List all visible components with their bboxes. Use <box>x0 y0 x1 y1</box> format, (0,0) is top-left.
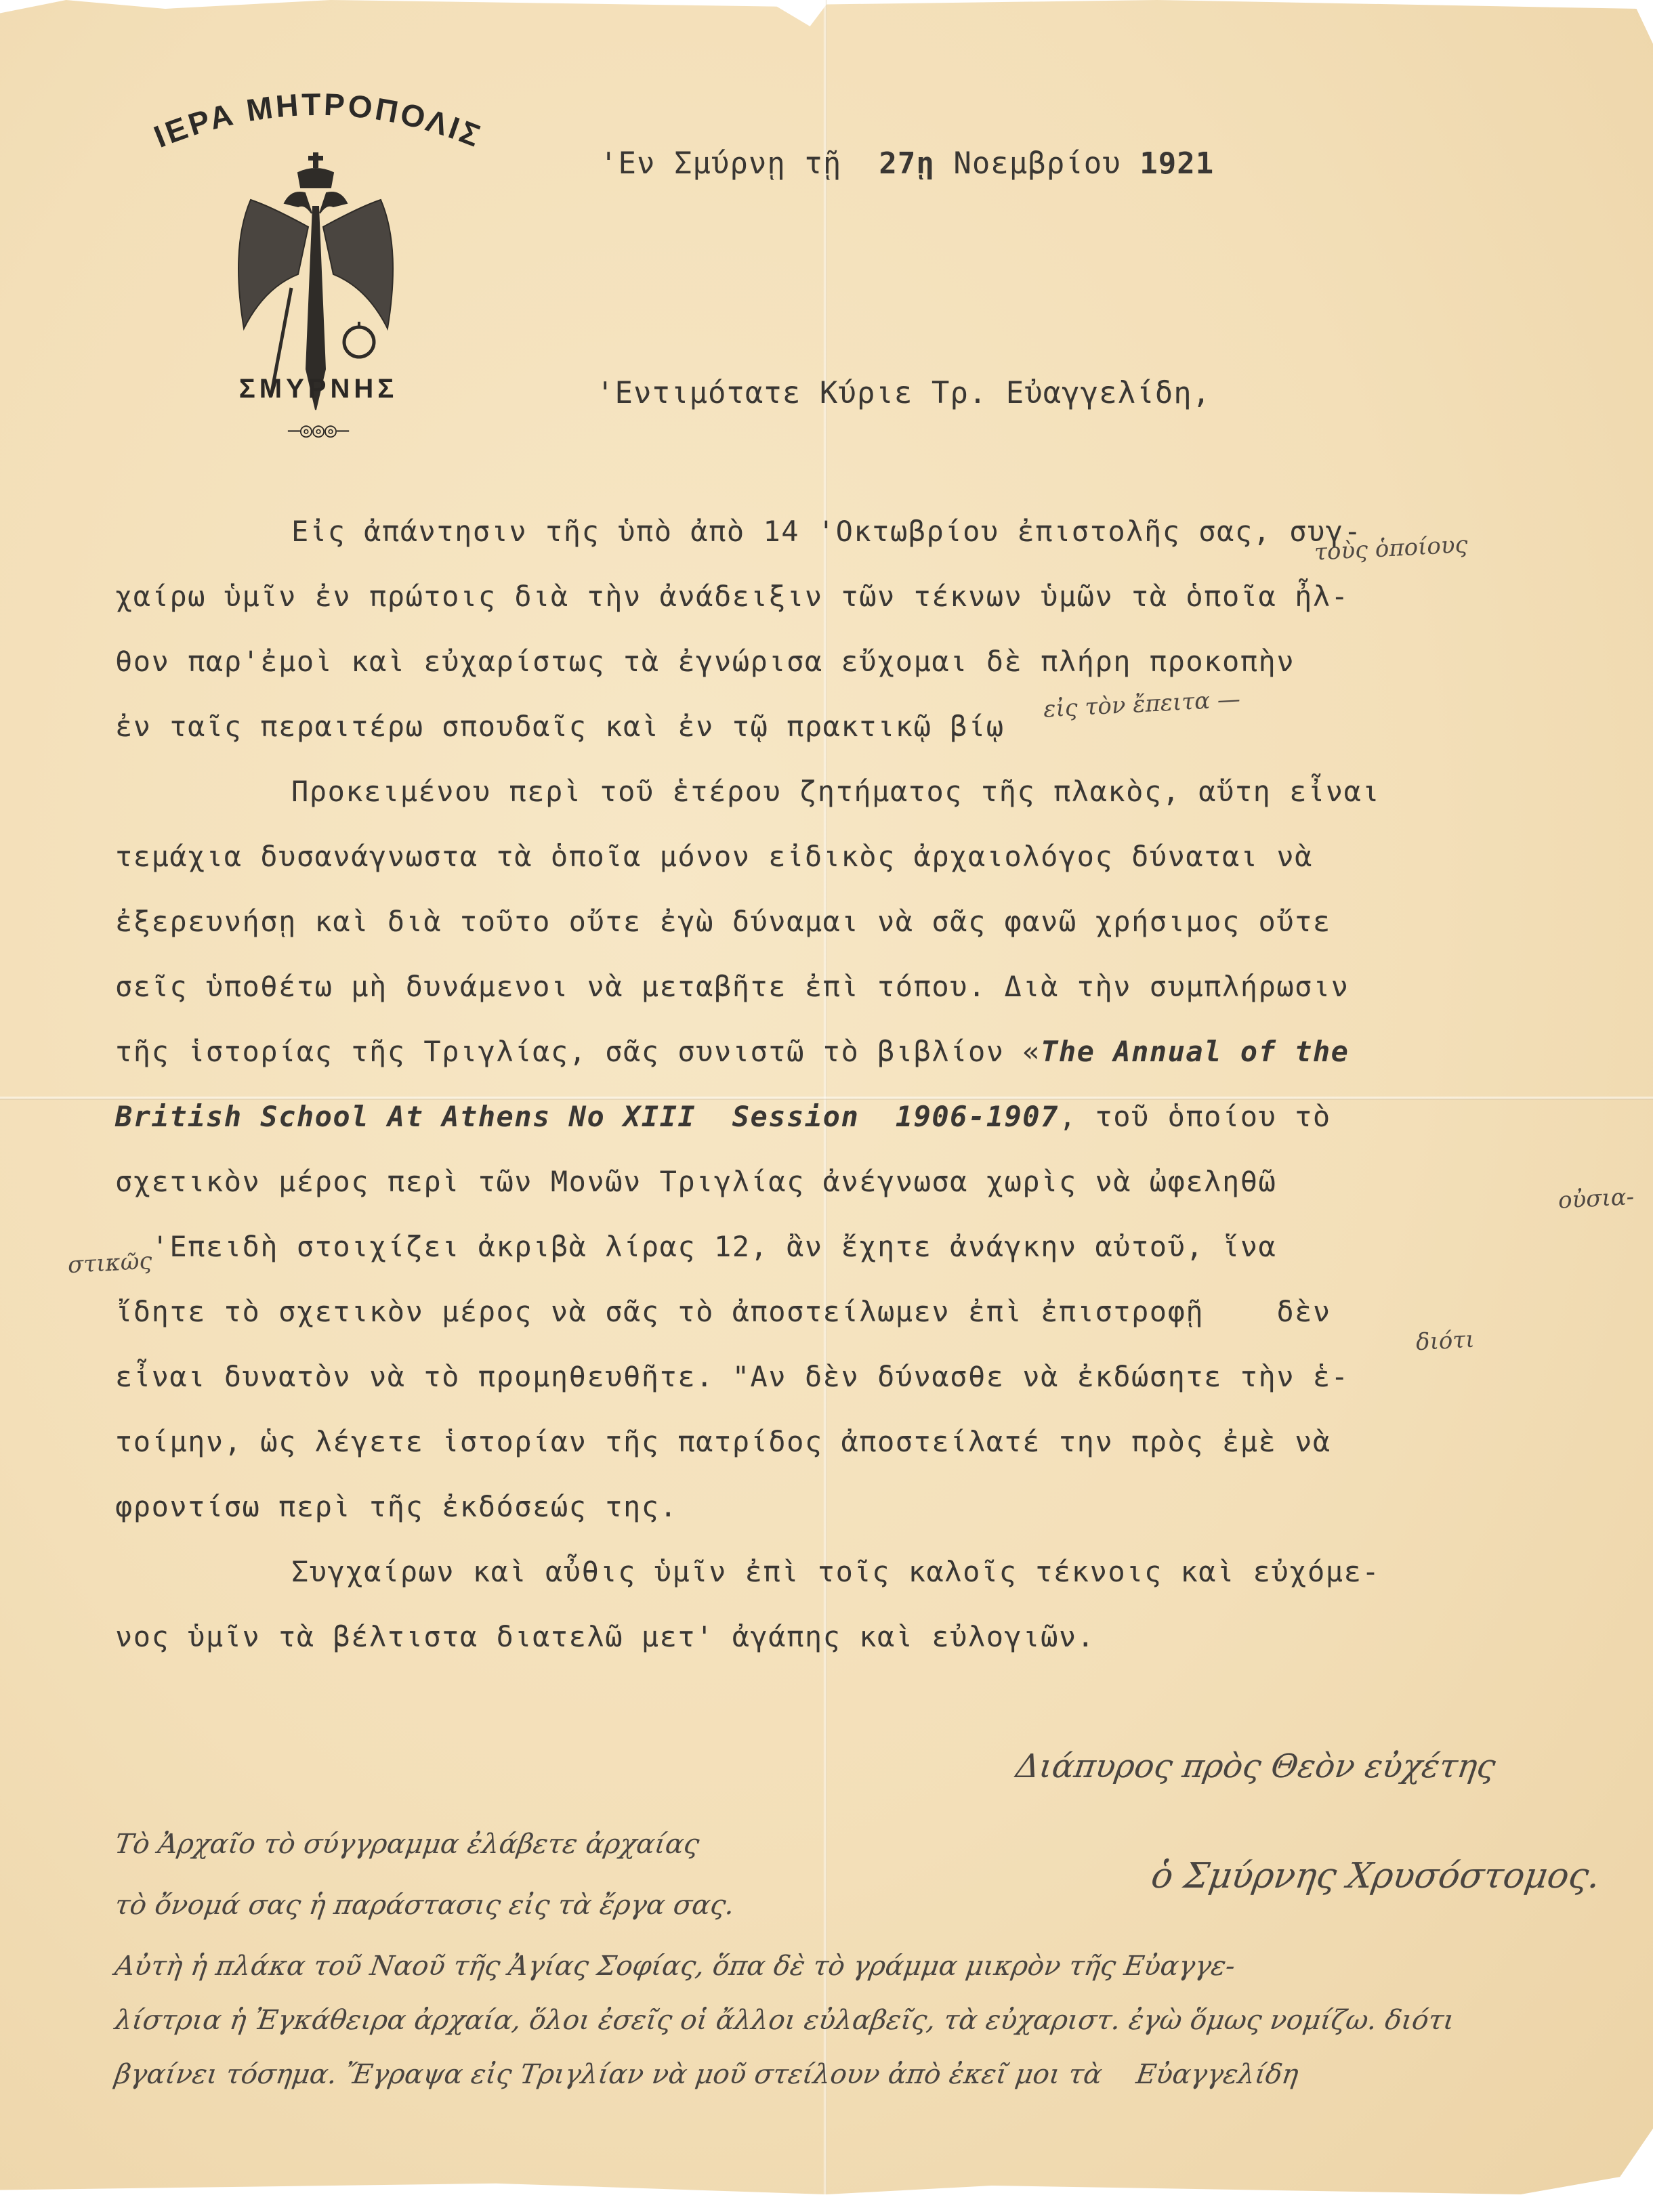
body-line-text: σεῖς ὑποθέτω μὴ δυνάμενοι νὰ μεταβῆτε ἐπ… <box>115 970 1349 1003</box>
dateline-year: 1921 <box>1139 146 1214 181</box>
ornament-divider: —◎◎◎— <box>129 419 508 442</box>
salutation: 'Εντιμότατε Κύριε Τρ. Εὐαγγελίδη, <box>596 376 1211 410</box>
body-line-text: θον παρ'ἐμοὶ καὶ εὐχαρίστως τὰ ἐγνώρισα … <box>115 645 1295 678</box>
body-line: τεμάχια δυσανάγνωστα τὰ ὁποῖα μόνον εἰδι… <box>115 840 1313 873</box>
body-line-text: ἴδητε τὸ σχετικὸν μέρος νὰ σᾶς τὸ ἀποστε… <box>115 1295 1331 1328</box>
body-line-text: ἐξερευνήσῃ καὶ διὰ τοῦτο οὔτε ἐγὼ δύναμα… <box>115 905 1331 938</box>
postscript-line: τὸ ὄνομά σας ἡ παράστασις εἰς τὰ ἔργα σα… <box>113 1890 736 1921</box>
body-line: σχετικὸν μέρος περὶ τῶν Μονῶν Τριγλίας ἀ… <box>115 1165 1276 1198</box>
body-line: Συγχαίρων καὶ αὖθις ὑμῖν ἐπὶ τοῖς καλοῖς… <box>291 1555 1380 1588</box>
letterhead-title: ΙΕΡΑ ΜΗΤΡΟΠΟΛΙΣ <box>149 87 488 154</box>
body-line: φροντίσω περὶ τῆς ἐκδόσεώς της. <box>115 1490 677 1523</box>
body-line-text: , τοῦ ὁποίου τὸ <box>1059 1100 1331 1133</box>
letterhead-city: ΣΜΥΡΝΗΣ <box>129 374 508 404</box>
body-line: ἐν ταῖς περαιτέρω σπουδαῖς καὶ ἐν τῷ πρα… <box>115 710 1005 743</box>
body-line-text: τῆς ἱστορίας τῆς Τριγλίας, σᾶς συνιστῶ τ… <box>115 1035 1041 1068</box>
postscript-line: Αὐτὴ ἡ πλάκα τοῦ Ναοῦ τῆς Ἀγίας Σοφίας, … <box>113 1951 1237 1982</box>
handwritten-annotation: διότι <box>1415 1326 1475 1356</box>
body-line-text: σχετικὸν μέρος περὶ τῶν Μονῶν Τριγλίας ἀ… <box>115 1165 1276 1198</box>
dateline-day: 27ῃ <box>879 146 934 181</box>
body-line: θον παρ'ἐμοὶ καὶ εὐχαρίστως τὰ ἐγνώρισα … <box>115 645 1295 678</box>
body-line-text: Εἰς ἀπάντησιν τῆς ὑπὸ ἀπὸ 14 'Οκτωβρίου … <box>291 515 1362 548</box>
dateline-month: Νοεμβρίου <box>953 146 1121 181</box>
postscript-line: Τὸ Ἀρχαῖο τὸ σύγγραμμα ἐλάβετε ἀρχαίας <box>113 1829 701 1860</box>
closing-line: Διάπυρος πρὸς Θεὸν εὐχέτης <box>1013 1747 1498 1785</box>
body-line-text: φροντίσω περὶ τῆς ἐκδόσεώς της. <box>115 1490 677 1523</box>
letterhead: ΙΕΡΑ ΜΗΤΡΟΠΟΛΙΣ ΣΜΥΡΝΗΣ —◎◎◎— <box>129 61 508 467</box>
body-line-text: Συγχαίρων καὶ αὖθις ὑμῖν ἐπὶ τοῖς καλοῖς… <box>291 1555 1380 1588</box>
body-line-text: νος ὑμῖν τὰ βέλτιστα διατελῶ μετ' ἀγάπης… <box>115 1620 1095 1653</box>
body-line: νος ὑμῖν τὰ βέλτιστα διατελῶ μετ' ἀγάπης… <box>115 1620 1095 1653</box>
book-title: The Annual of the <box>1041 1035 1349 1068</box>
body-line: Εἰς ἀπάντησιν τῆς ὑπὸ ἀπὸ 14 'Οκτωβρίου … <box>291 515 1362 548</box>
dateline: 'Εν Σμύρνῃ τῇ 27ῃ Νοεμβρίου 1921 <box>562 112 1214 181</box>
handwritten-annotation: οὐσια- <box>1557 1183 1635 1214</box>
body-line-text: Προκειμένου περὶ τοῦ ἑτέρου ζητήματος τῆ… <box>291 775 1380 808</box>
body-line-text: ἐν ταῖς περαιτέρω σπουδαῖς καὶ ἐν τῷ πρα… <box>115 710 1005 743</box>
body-line: ἐξερευνήσῃ καὶ διὰ τοῦτο οὔτε ἐγὼ δύναμα… <box>115 905 1331 938</box>
postscript-line: λίστρια ἡ Ἐγκάθειρα ἀρχαία, ὅλοι ἐσεῖς ο… <box>113 2005 1457 2036</box>
body-line-text: χαίρω ὑμῖν ἐν πρώτοις διὰ τὴν ἀνάδειξιν … <box>115 580 1349 613</box>
body-line-text: 'Επειδὴ στοιχίζει ἀκριβὰ λίρας 12, ἂν ἔχ… <box>115 1230 1276 1263</box>
body-line: τοίμην, ὡς λέγετε ἱστορίαν τῆς πατρίδος … <box>115 1425 1331 1458</box>
letterhead-title-arc: ΙΕΡΑ ΜΗΤΡΟΠΟΛΙΣ <box>129 61 508 163</box>
body-line: Προκειμένου περὶ τοῦ ἑτέρου ζητήματος τῆ… <box>291 775 1380 808</box>
svg-text:ΙΕΡΑ ΜΗΤΡΟΠΟΛΙΣ: ΙΕΡΑ ΜΗΤΡΟΠΟΛΙΣ <box>149 87 488 154</box>
body-line: χαίρω ὑμῖν ἐν πρώτοις διὰ τὴν ἀνάδειξιν … <box>115 580 1349 613</box>
body-line-text: τεμάχια δυσανάγνωστα τὰ ὁποῖα μόνον εἰδι… <box>115 840 1313 873</box>
body-line-text: εἶναι δυνατὸν νὰ τὸ προμηθευθῆτε. "Αν δὲ… <box>115 1360 1349 1393</box>
body-line: British School At Athens No XIII Session… <box>115 1100 1331 1133</box>
signature: ὁ Σμύρνης Χρυσόστομος. <box>1149 1856 1603 1896</box>
body-line: τῆς ἱστορίας τῆς Τριγλίας, σᾶς συνιστῶ τ… <box>115 1035 1349 1068</box>
body-line: εἶναι δυνατὸν νὰ τὸ προμηθευθῆτε. "Αν δὲ… <box>115 1360 1349 1393</box>
postscript-line: βγαίνει τόσημα. Ἔγραψα εἰς Τριγλίαν νὰ μ… <box>113 2059 1301 2090</box>
handwritten-annotation: στικῶς <box>67 1248 152 1279</box>
book-title: British School At Athens No XIII Session… <box>115 1100 1059 1133</box>
body-line: σεῖς ὑποθέτω μὴ δυνάμενοι νὰ μεταβῆτε ἐπ… <box>115 970 1349 1003</box>
body-line: 'Επειδὴ στοιχίζει ἀκριβὰ λίρας 12, ἂν ἔχ… <box>115 1230 1276 1263</box>
body-line-text: τοίμην, ὡς λέγετε ἱστορίαν τῆς πατρίδος … <box>115 1425 1331 1458</box>
dateline-place: 'Εν Σμύρνῃ τῇ <box>600 146 841 181</box>
body-line: ἴδητε τὸ σχετικὸν μέρος νὰ σᾶς τὸ ἀποστε… <box>115 1295 1331 1328</box>
